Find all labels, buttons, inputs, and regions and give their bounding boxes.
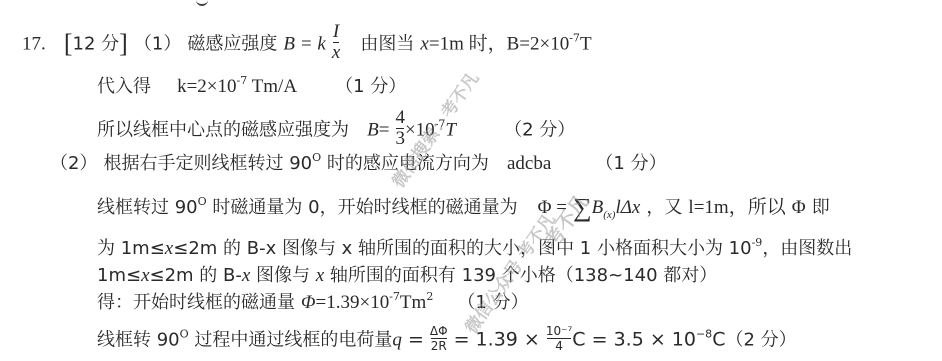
substitute-text: 代入得: [97, 76, 151, 97]
exponent: -7: [389, 290, 400, 303]
var-x: x: [141, 265, 149, 286]
part2-label: （2）: [50, 153, 97, 174]
fraction-i-over-x: I x: [332, 22, 340, 63]
var-x: x: [165, 238, 173, 259]
part2-line5: 得：开始时线框的磁通量 Φ=1.39×10-7Tm2 （1 分）: [97, 290, 529, 315]
right-hand-rule-text: 根据右手定则线框转过 90: [104, 153, 313, 174]
degree-mark: O: [180, 328, 189, 341]
score-mark: （1 分）: [335, 76, 406, 97]
var-x: x: [420, 34, 428, 55]
question-17-header: 17. [12 分] （1） 磁感应强度 B = k I x 由图当 x=1m …: [22, 24, 592, 65]
part1-line3: 所以线框中心点的磁感应强度为 B= 4 3 ×10-7T （2 分）: [97, 110, 575, 151]
score-mark: （2 分）: [725, 330, 796, 351]
var-q: q: [392, 330, 402, 351]
phi-symbol: Φ: [301, 292, 315, 313]
unit-coulomb: C: [712, 329, 725, 351]
flux-text-b: 时磁通量为 0，开始时线框的磁通量为: [207, 197, 518, 218]
subscript-x: (x): [603, 209, 615, 221]
condition-value: =1m 时，B=2×10: [429, 34, 569, 55]
area-text-c: ，由图数出: [762, 238, 852, 259]
exponent: 2: [426, 290, 433, 303]
count-text-b: ≤2m 的 B-: [150, 265, 242, 286]
count-text: 1m≤: [97, 265, 141, 286]
phi-equals: Φ =: [538, 197, 567, 218]
degree-mark: O: [312, 151, 321, 164]
exponent: -7: [237, 74, 248, 87]
equals: =: [379, 120, 390, 141]
fraction-dphi-over-2r: ΔΦ 2R: [430, 324, 448, 353]
equals: =: [402, 329, 430, 351]
unit-tesla: T: [580, 34, 592, 55]
part2-line4: 1m≤x≤2m 的 B-x 图像与 x 轴所围的面积有 139 个小格（138~…: [97, 263, 717, 288]
charge-text: 线框转 90: [97, 330, 180, 351]
center-field-text: 所以线框中心点的磁感应强度为: [97, 120, 349, 141]
question-number: 17.: [22, 34, 46, 55]
exponent: -7: [435, 118, 446, 131]
score-mark: （1 分）: [595, 153, 666, 174]
initial-flux-text: 得：开始时线框的磁通量: [97, 292, 295, 313]
unit-tesla: T: [445, 120, 456, 141]
score-bracket-right: ]: [119, 29, 128, 58]
formula-b-eq-k: B = k: [283, 34, 325, 55]
part1-text: 磁感应强度: [187, 34, 277, 55]
flux-text-d: 即: [812, 197, 830, 218]
var-b: B: [592, 197, 604, 218]
cropped-glyph-fragment: [196, 0, 208, 6]
flux-value: =1.39×10: [316, 292, 390, 313]
exponent: -9: [752, 236, 763, 249]
part1-label: （1）: [134, 34, 181, 55]
equals-value: = 1.39 ×: [448, 329, 546, 351]
score-mark: （2 分）: [504, 120, 575, 141]
condition-text: 由图当: [360, 34, 414, 55]
part1-line2: 代入得 k=2×10-7 Tm/A （1 分）: [97, 74, 406, 99]
phi-symbol: Φ: [792, 197, 806, 218]
degree-mark: O: [198, 195, 207, 208]
part2-line2: 线框转过 90O 时磁通量为 0，开始时线框的磁通量为 Φ = ∑B(x)lΔx…: [97, 193, 830, 220]
part2-line3: 为 1m≤x≤2m 的 B-x 图像与 x 轴所围的面积的大小，图中 1 小格面…: [97, 236, 852, 261]
l-equals-1m: l=1m，所以: [688, 197, 785, 218]
times-ten: ×10: [405, 120, 435, 141]
question-total-score: 12 分: [73, 34, 120, 55]
exponent: −8: [696, 328, 712, 341]
var-x: x: [316, 265, 324, 286]
fraction-1e-7-over-4: 10⁻⁷ 4: [546, 324, 572, 353]
var-b: B: [367, 120, 379, 141]
count-text-c: 图像与: [250, 265, 315, 286]
flux-text-c: ，又: [646, 197, 682, 218]
fraction-4-over-3: 4 3: [395, 108, 405, 149]
area-text-b: ≤2m 的 B-x 图像与 x 轴所围的面积的大小，图中 1 小格面积大小为 1…: [173, 238, 751, 259]
charge-result: C = 3.5 × 10: [572, 329, 696, 351]
exponent: -7: [569, 32, 580, 45]
count-text-d: 轴所围的面积有 139 个小格（138~140 都对）: [324, 265, 717, 286]
flux-text: 线框转过 90: [97, 197, 198, 218]
part2-line1: （2） 根据右手定则线框转过 90O 时的感应电流方向为 adcba （1 分）: [50, 151, 667, 176]
part2-line6: 线框转 90O 过程中通过线框的电荷量q = ΔΦ 2R = 1.39 × 10…: [97, 326, 797, 355]
charge-text-b: 过程中通过线框的电荷量: [189, 330, 393, 351]
area-text: 为 1m≤: [97, 238, 165, 259]
current-direction-text: 时的感应电流方向为: [321, 153, 489, 174]
score-mark: （1 分）: [457, 292, 528, 313]
score-bracket-left: [: [64, 29, 73, 58]
flux-unit: Tm: [400, 292, 426, 313]
l-delta-x: lΔx: [615, 197, 640, 218]
k-unit: Tm/A: [247, 76, 297, 97]
current-direction-answer: adcba: [507, 153, 551, 174]
k-value: k=2×10: [177, 76, 236, 97]
summation-symbol: ∑: [573, 193, 592, 222]
